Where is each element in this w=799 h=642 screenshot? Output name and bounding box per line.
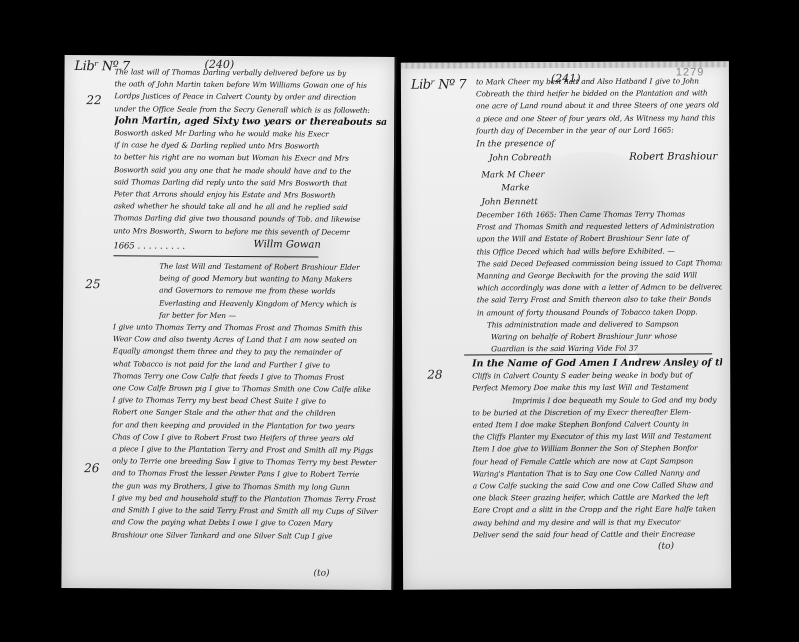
entry-text: In the Name of God Amen I Andrew Ansley … (472, 357, 723, 541)
text-line: Robert one Sanger Stale and the other th… (112, 407, 384, 421)
text-line: a piece and one Steer of four years old,… (476, 112, 721, 125)
right-page: Libʳ Nº 7 (241) 1279 to Mark Cheer my be… (401, 61, 731, 589)
witness-header: In the presence of (476, 139, 554, 149)
text-line: Brashiour one Silver Tankard and one Sil… (112, 529, 384, 543)
signature: Willm Gowan (253, 239, 320, 250)
text-line: Cliffs in Calvert County S eader being w… (472, 370, 722, 383)
text-line: Item I doe give to William Bonner the So… (473, 443, 723, 456)
entry-number: 26 (84, 461, 99, 475)
text-line: Lordps Justices of Peace in Calvert Coun… (114, 91, 386, 105)
text-line: Equally amongst them three and they to p… (113, 346, 385, 360)
liber-label: Libʳ Nº 7 (411, 77, 466, 92)
text-line: one acre of Land round about it and thre… (476, 100, 721, 113)
probate-note: December 16th 1665: Then Came Thomas Ter… (476, 208, 722, 356)
text-line: to Mark Cheer my best hatt and Also Hatb… (476, 75, 721, 88)
text-line: upon the Will and Estate of Robert Brash… (477, 233, 722, 246)
heading-line: In the Name of God Amen I Andrew Ansley … (472, 357, 722, 370)
text-line: and Cow the paying what Debts I owe I gi… (112, 517, 384, 531)
text-line: to be buried at the Discretion of my Exe… (472, 406, 722, 419)
entry-number: 25 (85, 277, 100, 291)
document-viewer: Libʳ Nº 7 (240) 22 The last will of Thom… (0, 0, 799, 642)
entry-number: 28 (427, 368, 442, 382)
text-line: to better his right are no woman but Wom… (114, 152, 386, 166)
text-line: This administration made and delivered t… (477, 318, 722, 331)
text-line: one black Steer grazing heifer, which Ca… (473, 492, 723, 505)
signature: Robert Brashiour (629, 151, 717, 162)
text-line: ented Item I doe make Stephen Bonfond Ca… (472, 418, 722, 431)
text-line: Frost and Thomas Smith and requested let… (477, 221, 722, 234)
text-line: Imprimis I doe bequeath my Soule to God … (472, 394, 722, 407)
witness-mark: Marke (501, 183, 529, 193)
witness-name: John Cobreath (489, 153, 551, 163)
text-line: four head of Female Cattle which are now… (473, 455, 723, 468)
witness-name: Mark M Cheer (481, 170, 544, 180)
divider-rule (113, 255, 318, 257)
text-line: which accordingly was done with a letter… (477, 282, 722, 295)
catchword: (to) (313, 569, 329, 579)
text-line: The said Deced Defeased commission being… (477, 257, 722, 270)
text-line: Thomas Darling did give two thousand pou… (114, 213, 386, 227)
entry-text: to Mark Cheer my best hatt and Also Hatb… (476, 75, 721, 137)
left-page: Libʳ Nº 7 (240) 22 The last will of Thom… (61, 55, 396, 590)
text-line: Waring's Plantation That is to Say one C… (473, 467, 723, 480)
date-line: 1665 . . . . . . . . . (113, 240, 233, 253)
entry-number: 22 (86, 93, 101, 107)
text-line: the Cliffs Planter my Executor of this m… (472, 431, 722, 444)
text-line: Eare Cropt and a slitt in the Cropp and … (473, 504, 723, 517)
entry-text: The last will of Thomas Darling verbally… (114, 66, 387, 239)
catchword: (to) (658, 542, 674, 552)
witness-name: John Bennett (481, 197, 537, 207)
text-line: in amount of forty thousand Pounds of To… (477, 306, 722, 319)
text-line: Waring on behalfe of Robert Brashiour Ju… (477, 330, 722, 343)
text-line: Manning and George Beckwith for the prov… (477, 269, 722, 282)
entry-text: I give my bed and household stuff to the… (112, 492, 384, 542)
text-line: and to Thomas Frost the lesser Pewter Pa… (112, 468, 384, 482)
text-line: the said Terry Frost and Smith thereon a… (477, 294, 722, 307)
entry-text: The last Will and Testament of Robert Br… (112, 260, 385, 494)
text-line: Deliver send the said four head of Cattl… (473, 528, 723, 541)
text-line: Perfect Memory Doe make this my last Wil… (472, 382, 722, 395)
text-line: fourth day of December in the year of ou… (476, 124, 721, 137)
text-line: this Office Deced which had wills before… (477, 245, 722, 258)
text-line: a Cow Calfe sucking the said Cow and one… (473, 479, 723, 492)
text-line: away behind and my desire and will is th… (473, 516, 723, 529)
text-line: Cobreath the third heifer he bidded on t… (476, 88, 721, 101)
text-line: unto Mrs Bosworth, Sworn to before me th… (114, 225, 386, 239)
text-line: December 16th 1665: Then Came Thomas Ter… (476, 208, 721, 221)
